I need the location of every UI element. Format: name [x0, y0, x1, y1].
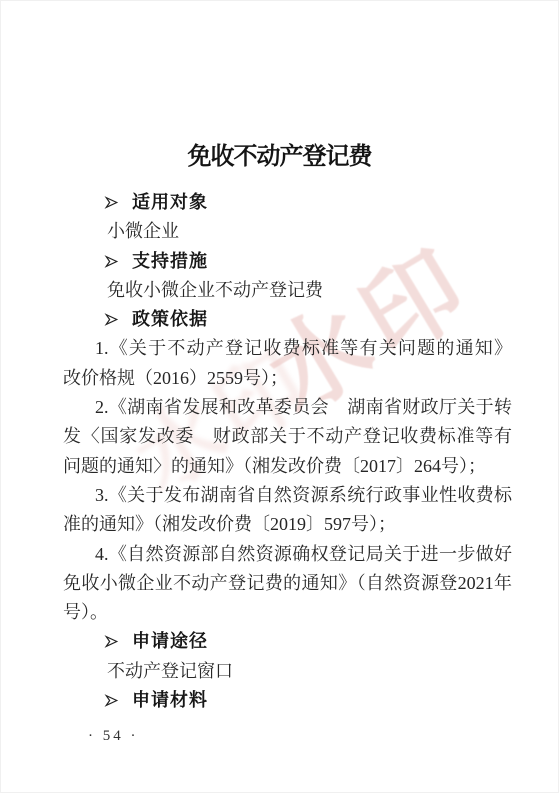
policy-item-4-line-1: 4.《自然资源部自然资源确权登记局关于进一步做好: [0, 540, 512, 569]
arrowhead-bullet-icon: [104, 195, 119, 210]
section-heading-label: 支持措施: [132, 251, 208, 271]
support-measure-text: 免收小微企业不动产登记费: [0, 276, 559, 305]
document-page: 水印 水印 免收不动产登记费 适用对象 小微企业 支持措施 免收小微企业不动产登…: [0, 0, 559, 793]
applicable-object-text: 小微企业: [0, 217, 559, 246]
policy-item-2-line-2: 发〈国家发改委 财政部关于不动产登记收费标准等有关: [0, 422, 512, 451]
policy-item-1-line-2: 改价格规（2016）2559号）；: [0, 364, 512, 393]
arrowhead-bullet-icon: [104, 312, 119, 327]
section-heading-applicable-objects: 适用对象: [0, 188, 559, 217]
policy-item-4-line-3: 号）。: [0, 598, 512, 627]
section-heading-label: 适用对象: [132, 192, 208, 212]
section-heading-policy-basis: 政策依据: [0, 305, 559, 334]
arrowhead-bullet-icon: [104, 634, 119, 649]
section-heading-application-materials: 申请材料: [0, 686, 559, 715]
arrowhead-bullet-icon: [104, 693, 119, 708]
policy-item-1-line-1: 1.《关于不动产登记收费标准等有关问题的通知》（发: [0, 334, 512, 363]
application-channel-text: 不动产登记窗口: [0, 657, 559, 686]
section-heading-label: 申请材料: [132, 690, 208, 710]
page-title: 免收不动产登记费: [0, 136, 559, 171]
page-number: · 54 ·: [88, 728, 139, 745]
arrowhead-bullet-icon: [104, 254, 119, 269]
section-heading-label: 申请途径: [132, 631, 208, 651]
section-heading-label: 政策依据: [132, 309, 208, 329]
policy-item-2-line-3: 问题的通知〉的通知》（湘发改价费〔2017〕264号）；: [0, 452, 512, 481]
policy-item-2-line-1: 2.《湖南省发展和改革委员会 湖南省财政厅关于转: [0, 393, 512, 422]
policy-item-4-line-2: 免收小微企业不动产登记费的通知》（自然资源登2021年2: [0, 569, 512, 598]
policy-item-3-line-1: 3.《关于发布湖南省自然资源系统行政事业性收费标: [0, 481, 512, 510]
document-body: 适用对象 小微企业 支持措施 免收小微企业不动产登记费 政策依据 1.《关于不动…: [0, 188, 559, 715]
policy-item-3-line-2: 准的通知》（湘发改价费〔2019〕597号）；: [0, 510, 512, 539]
section-heading-support-measures: 支持措施: [0, 247, 559, 276]
section-heading-application-channel: 申请途径: [0, 627, 559, 656]
